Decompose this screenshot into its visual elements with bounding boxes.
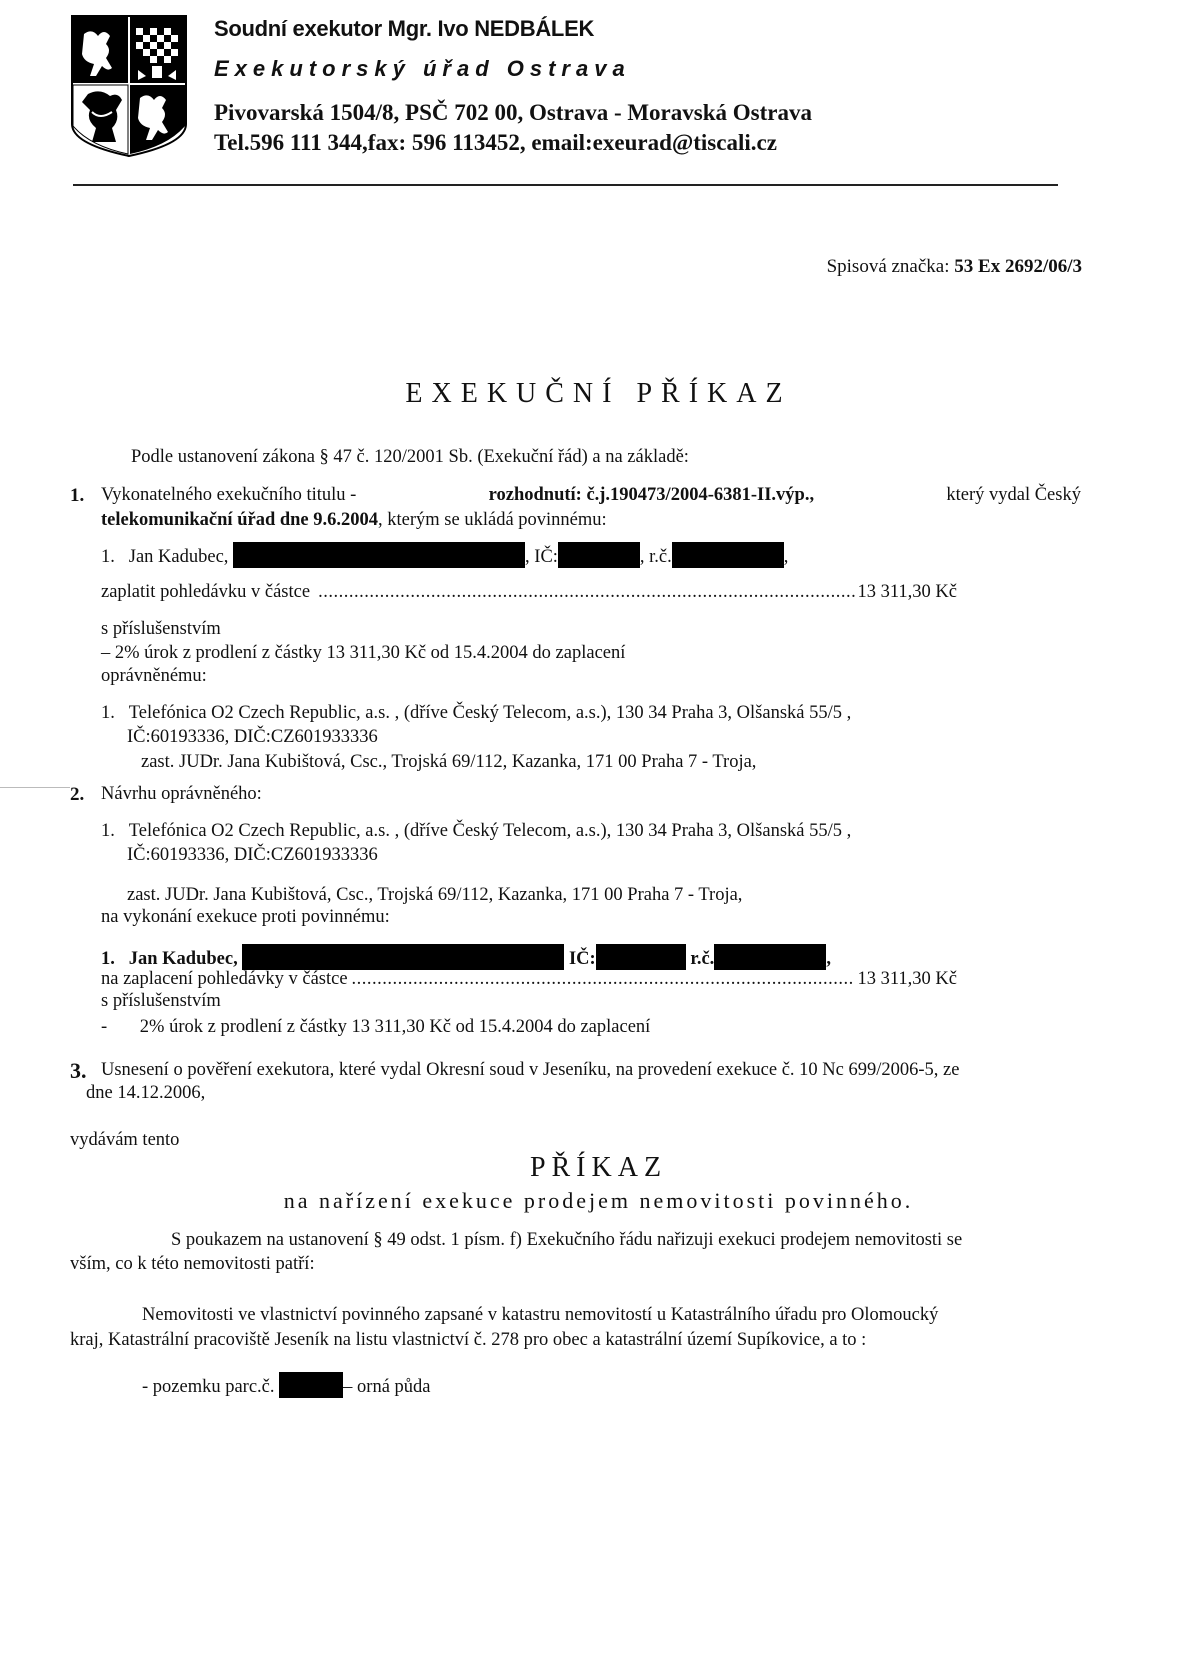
parcel-item: - pozemku parc.č. – orná půda	[142, 1372, 431, 1398]
section-2-creditor-ids: IČ:60193336, DIČ:CZ601933336	[127, 845, 378, 866]
claim-amount: 13 311,30 Kč	[857, 969, 957, 990]
order-paragraph-2-line-2: kraj, Katastrální pracoviště Jeseník na …	[70, 1330, 866, 1351]
section-2-claim: na zaplacení pohledávky v částce .......…	[101, 969, 957, 990]
section-2-accessories: s příslušenstvím	[101, 991, 221, 1012]
creditor-name: Telefónica O2 Czech Republic, a.s. , (dř…	[129, 703, 852, 723]
creditor-index: 1.	[101, 821, 115, 841]
document-title: EXEKUČNÍ PŘÍKAZ	[0, 378, 1197, 410]
redacted-rc	[714, 944, 826, 970]
interest-dash: -	[101, 1017, 107, 1037]
leader-dots: ........................................…	[318, 582, 855, 603]
claim-label: zaplatit pohledávku v částce	[101, 582, 310, 603]
case-reference-label: Spisová značka:	[827, 256, 950, 277]
section-2-label: Návrhu oprávněného:	[101, 784, 262, 805]
section-3-line-1: Usnesení o pověření exekutora, které vyd…	[101, 1060, 959, 1081]
section-1-line-1: Vykonatelného exekučního titulu - rozhod…	[101, 485, 1081, 506]
section-1-title-part: Vykonatelného exekučního titulu -	[101, 485, 356, 506]
header-divider	[73, 184, 1058, 186]
order-subtitle: na nařízení exekuce prodejem nemovitosti…	[0, 1188, 1197, 1214]
parcel-suffix: – orná půda	[343, 1377, 430, 1397]
creditor-index: 1.	[101, 703, 115, 723]
section-1-creditor-line-1: 1. Telefónica O2 Czech Republic, a.s. , …	[101, 703, 851, 724]
ic-label: , IČ:	[525, 547, 558, 567]
redacted-address	[233, 542, 525, 568]
section-3-line-2: dne 14.12.2006,	[86, 1083, 205, 1104]
debtor-name: Jan Kadubec,	[129, 949, 238, 969]
debtor-index: 1.	[101, 547, 115, 567]
debtor-name: Jan Kadubec,	[129, 547, 229, 567]
case-reference: Spisová značka: 53 Ex 2692/06/3	[827, 256, 1082, 278]
debtor-trailing: ,	[826, 949, 831, 969]
section-2-against: na vykonání exekuce proti povinnému:	[101, 907, 390, 928]
section-1-line-2-rest: , kterým se ukládá povinnému:	[378, 510, 607, 530]
section-1-line-2: telekomunikační úřad dne 9.6.2004, který…	[101, 510, 607, 531]
office-address: Pivovarská 1504/8, PSČ 702 00, Ostrava -…	[214, 100, 812, 126]
section-1-creditor-ids: IČ:60193336, DIČ:CZ601933336	[127, 727, 378, 748]
section-1-decision: rozhodnutí: č.j.190473/2004-6381-II.výp.…	[489, 485, 814, 506]
claim-label: na zaplacení pohledávky v částce	[101, 969, 348, 990]
section-1-issuer-part: který vydal Český	[946, 485, 1081, 506]
coat-of-arms-icon	[70, 14, 188, 158]
order-paragraph-1-line-1: S poukazem na ustanovení § 49 odst. 1 pí…	[171, 1230, 962, 1251]
section-1-accessories: s příslušenstvím	[101, 619, 221, 640]
interest-text: 2% úrok z prodlení z částky 13 311,30 Kč…	[140, 1017, 651, 1037]
section-2-interest: - 2% úrok z prodlení z částky 13 311,30 …	[101, 1017, 650, 1038]
section-2-creditor-line-1: 1. Telefónica O2 Czech Republic, a.s. , …	[101, 821, 851, 842]
issue-text: vydávám tento	[70, 1130, 179, 1151]
rc-label: , r.č.	[640, 547, 672, 567]
order-title: PŘÍKAZ	[0, 1152, 1197, 1184]
section-1-number: 1.	[70, 485, 84, 507]
leader-dots: ........................................…	[352, 969, 856, 990]
debtor-index: 1.	[101, 949, 115, 969]
scan-fold-mark	[0, 787, 70, 788]
creditor-name: Telefónica O2 Czech Republic, a.s. , (dř…	[129, 821, 852, 841]
debtor-trailing: ,	[784, 547, 789, 567]
redacted-ic	[558, 542, 640, 568]
redacted-rc	[672, 542, 784, 568]
office-contact: Tel.596 111 344,fax: 596 113452, email:e…	[214, 130, 777, 156]
redacted-address	[242, 944, 564, 970]
section-1-interest: – 2% úrok z prodlení z částky 13 311,30 …	[101, 643, 625, 664]
section-3-number: 3.	[70, 1058, 87, 1084]
office-name: Exekutorský úřad Ostrava	[214, 56, 631, 82]
intro-text: Podle ustanovení zákona § 47 č. 120/2001…	[131, 447, 689, 468]
section-1-claim: zaplatit pohledávku v částce ...........…	[101, 582, 957, 603]
section-1-entitled-label: oprávněnému:	[101, 666, 207, 687]
redacted-ic	[596, 944, 686, 970]
executor-name: Soudní exekutor Mgr. Ivo NEDBÁLEK	[214, 16, 594, 42]
order-paragraph-1-line-2: vším, co k této nemovitosti patří:	[70, 1254, 315, 1275]
section-1-debtor: 1. Jan Kadubec, , IČ:, r.č.,	[101, 542, 788, 568]
order-paragraph-2-line-1: Nemovitosti ve vlastnictví povinného zap…	[142, 1305, 938, 1326]
case-reference-value: 53 Ex 2692/06/3	[954, 256, 1082, 277]
section-2-debtor: 1. Jan Kadubec, IČ: r.č.,	[101, 944, 831, 970]
claim-amount: 13 311,30 Kč	[857, 582, 957, 603]
redacted-parcel-number	[279, 1372, 343, 1398]
section-2-creditor-representative: zast. JUDr. Jana Kubištová, Csc., Trojsk…	[127, 885, 742, 906]
section-1-creditor-representative: zast. JUDr. Jana Kubištová, Csc., Trojsk…	[141, 752, 756, 773]
ic-label: IČ:	[569, 949, 596, 969]
parcel-prefix: - pozemku parc.č.	[142, 1377, 275, 1397]
rc-label: r.č.	[690, 949, 714, 969]
section-2-number: 2.	[70, 784, 84, 806]
section-1-issuer: telekomunikační úřad dne 9.6.2004	[101, 510, 378, 530]
